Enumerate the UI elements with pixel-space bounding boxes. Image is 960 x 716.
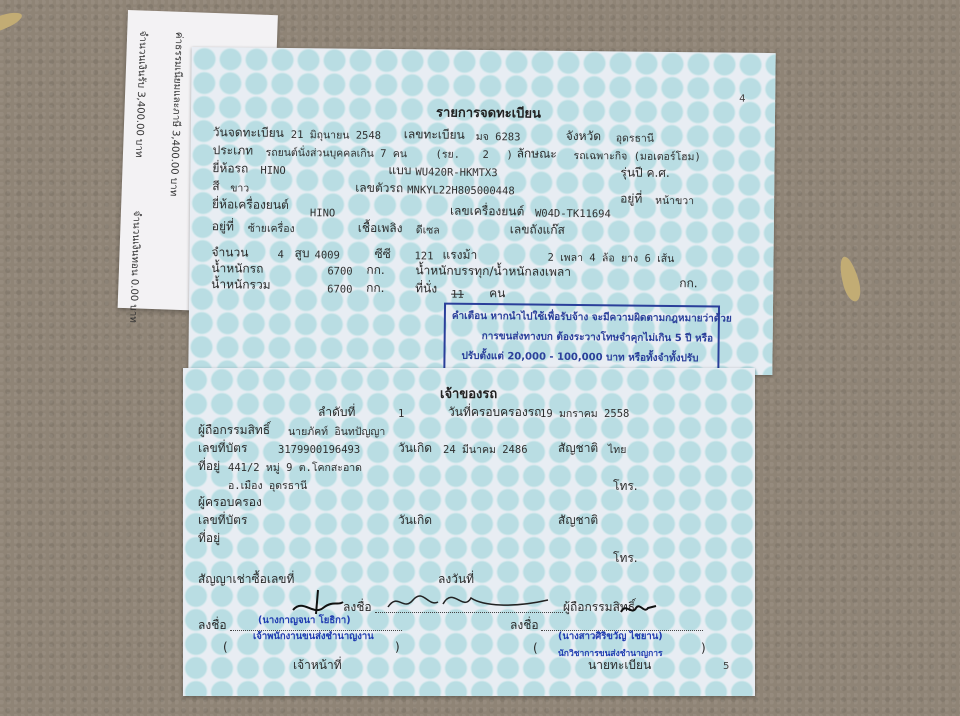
axles-value: 2 เพลา 4 ล้อ ยาง 6 เส้น [547,251,674,266]
nationality-value: ไทย [608,443,626,457]
chassis-loc-label: อยู่ที่ [620,191,642,205]
model-label: แบบ [388,163,411,177]
receipt-line: ค่าธรรมเนียมและภาษี 3,400.00 บาท [166,32,187,197]
type-code-open: (รย. [436,148,461,162]
weight-value: 6700 [327,264,352,278]
receipt-line: จำนวนเงินรับ 3,400.00 บาท [131,30,150,158]
cylinders-value: 4 [277,248,283,262]
weight-label: น้ำหนักรถ [211,261,263,276]
possessor-address-label: ที่อยู่ [198,531,220,545]
registrar-sign-label: ลงชื่อ [510,618,539,632]
seats-label: ที่นั่ง [415,281,437,295]
registrar-signature [618,600,658,620]
engine-brand-label: ยี่ห้อเครื่องยนต์ [212,197,289,212]
style-label: ลักษณะ [517,146,557,160]
possession-date-value: 19 มกราคม 2558 [540,407,629,421]
possession-date-label: วันที่ครอบครองรถ [448,405,541,419]
page-title: รายการจดทะเบียน [436,107,541,122]
seats-value: 11 [451,288,464,302]
plate-value: มจ 6283 [476,130,521,144]
type-value: รถยนต์นั่งส่วนบุคคลเกิน 7 คน [266,146,408,161]
load-unit: กก. [679,276,698,290]
engine-loc-label: อยู่ที่ [212,219,234,233]
province-label: จังหวัด [566,129,601,143]
possessor-phone-label: โทร. [613,551,638,565]
chassis-label: เลขตัวรถ [355,181,403,196]
engine-brand-value: HINO [310,206,335,220]
warning-line: คำเตือน หากนำไปใช้เพื่อรับจ้าง จะมีความผ… [452,307,712,330]
cylinder-unit: สูบ [294,246,309,260]
possessor-nationality-label: สัญชาติ [558,513,598,527]
dob-value: 24 มีนาคม 2486 [443,443,528,457]
seq-value: 1 [398,407,404,421]
province-value: อุดรธานี [616,131,654,145]
page-title: เจ้าของรถ [440,388,497,402]
holder-value: นายภัคท์ อินทปัญญา [288,425,385,439]
officer-position-stamp: เจ้าพนักงานขนส่งชำนาญงาน [253,630,374,644]
reg-date-label: วันจดทะเบียน [213,125,284,140]
hp-unit: แรงม้า [442,248,477,262]
warning-line: ปรับตั้งแต่ 20,000 - 100,000 บาท หรือทั้… [451,347,711,370]
load-label: น้ำหนักบรรทุก/น้ำหนักลงเพลา [415,263,571,279]
registration-page: 4 รายการจดทะเบียน วันจดทะเบียน 21 มิถุนา… [188,47,775,375]
seq-label: ลำดับที่ [318,405,355,419]
cylinders-label: จำนวน [211,245,248,259]
engine-loc-value: ซ้ายเครื่อง [248,222,295,236]
brand-value: HINO [260,164,285,178]
officer-name-stamp: (นางกาญจนา โยธิกา) [258,614,351,628]
seats-unit: คน [489,286,505,300]
dry-leaf [836,255,863,304]
officer-title: เจ้าหน้าที่ [293,658,342,672]
color-label: สี [212,179,219,193]
nationality-label: สัญชาติ [558,441,598,455]
type-code-value: 2 [483,148,489,162]
registrar-name-bracket: ) [701,641,706,655]
receipt-line: จำนวนเงินทอน 0.00 บาท [125,210,144,323]
weight-unit: กก. [366,263,385,277]
address-label: ที่อยู่ [198,459,220,473]
reg-date-value: 21 มิถุนายน 2548 [291,128,381,143]
registrar-title: นายทะเบียน [588,658,651,672]
dob-label: วันเกิด [398,441,432,455]
brand-label: ยี่ห้อรถ [212,161,248,175]
gross-weight-label: น้ำหนักรวม [211,277,271,292]
officer-sign-label: ลงชื่อ [198,618,227,632]
engine-no-label: เลขเครื่องยนต์ [450,204,524,219]
fuel-value: ดีเซล [416,223,440,237]
model-value: WU420R-HKMTX3 [415,165,497,180]
address-line-2: อ.เมือง อุดรธานี [228,479,307,493]
engine-no-value: W04D-TK11694 [535,207,611,222]
page-number: 4 [739,93,746,107]
warning-stamp: คำเตือน หากนำไปใช้เพื่อรับจ้าง จะมีความผ… [443,303,720,374]
chassis-loc-value: หน้าขวา [655,194,694,208]
style-value: รถเฉพาะกิจ (มอเตอร์โฮม) [574,149,701,164]
type-label: ประเภท [213,143,254,157]
fuel-label: เชื้อเพลิง [358,221,403,235]
possessor-dob-label: วันเกิด [398,513,432,527]
cc-value: 4009 [314,248,339,262]
gross-weight-value: 6700 [327,282,352,296]
gas-tank-label: เลขถังแก๊ส [510,222,565,237]
officer-name-bracket: ) [395,640,400,654]
registrar-name-stamp: (นางสาวศิริขวัญ ไชยาน) [558,630,663,644]
holder-label: ผู้ถือกรรมสิทธิ์ [198,423,270,437]
year-label: รุ่นปี ค.ศ. [620,165,670,180]
gross-weight-unit: กก. [366,281,385,295]
warning-line: การขนส่งทางบก ต้องระวางโทษจำคุกไม่เกิน 5… [452,327,712,350]
cc-unit: ซีซี [374,247,390,261]
possessor-label: ผู้ครอบครอง [198,495,262,509]
holder-signature [383,582,553,616]
dry-leaf [0,9,24,36]
chassis-value: MNKYL22H805000448 [407,183,515,198]
owner-page: เจ้าของรถ ลำดับที่ 1 วันที่ครอบครองรถ 19… [183,368,755,696]
officer-name-bracket: ( [223,640,228,654]
hp-value: 121 [414,249,433,263]
color-value: ขาว [230,181,249,195]
phone-label: โทร. [613,479,638,493]
address-line-1: 441/2 หมู่ 9 ต.โคกสะอาด [228,461,362,475]
type-code-close: ) [507,148,513,162]
id-label: เลขที่บัตร [198,441,247,455]
lease-contract-label: สัญญาเช่าซื้อเลขที่ [198,572,294,586]
plate-label: เลขทะเบียน [404,127,465,142]
possessor-id-label: เลขที่บัตร [198,513,247,527]
registrar-name-bracket: ( [533,641,538,655]
id-value: 3179900196493 [278,443,360,457]
page-number: 5 [723,660,729,674]
